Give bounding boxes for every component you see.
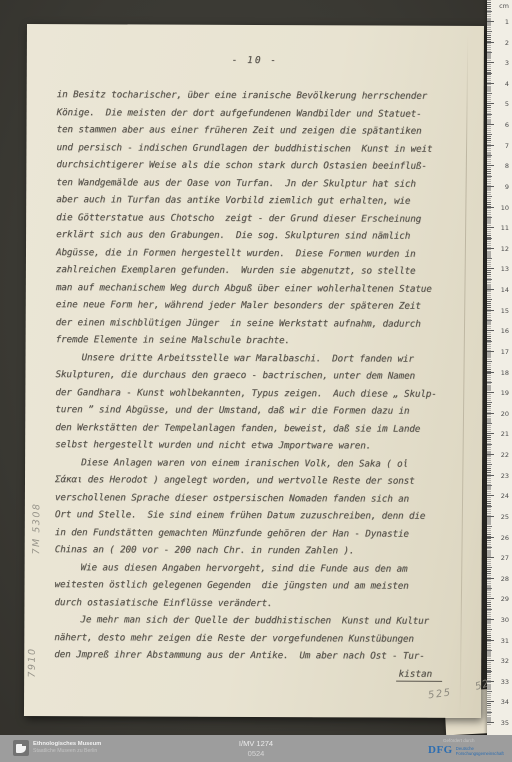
typewritten-line: ten Wandgemälde aus der Oase von Turfan.… [56,174,456,193]
ruler-tick-half [487,444,492,445]
ruler-number: 14 [494,286,509,294]
typewritten-line: Chinas an ( 200 vor - 200 nach Chr. in r… [55,541,455,560]
typewritten-line: turen ” sind Abgüsse, und der Umstand, d… [55,401,455,420]
ruler-tick-half [487,11,492,12]
ruler-number: 1 [494,18,509,26]
typewritten-line: erklärt sich aus den Grabungen. Die sog.… [56,226,456,245]
pencil-foliation-number: 525 [427,687,452,701]
ruler-number: 31 [494,637,509,645]
typewritten-line: verschollenen Sprache dieser ostpersisch… [55,489,455,508]
ruler-tick-half [487,238,492,239]
ruler-number: 21 [494,430,509,438]
ruler-tick-half [487,402,492,403]
typewritten-line: nähert, desto mehr zeigen die Reste der … [54,629,454,648]
ruler-tick-half [487,73,492,74]
ruler-number: 15 [494,307,509,315]
ruler-tick-half [487,217,492,218]
ruler-tick-half [487,567,492,568]
ruler-tick-half [487,279,492,280]
funder-block: Gefördert durch DFG Deutsche Forschungsg… [428,738,504,756]
ruler-tick-cm [487,578,494,579]
typewritten-line: in Besitz tocharischer, über eine iranis… [57,86,457,105]
ruler-tick-cm [487,640,494,641]
ruler-tick-half [487,464,492,465]
typewritten-line: eine neue Form her, während jeder Maler … [56,296,456,315]
ruler-tick-cm [487,310,494,311]
ruler-tick-cm [487,722,494,723]
ruler-tick-cm [487,268,494,269]
typewritten-line: Ort und Stelle. Sie sind einem frühen Da… [55,506,455,525]
ruler-number: 33 [494,678,509,686]
ruler-tick-cm [487,372,494,373]
ruler-tick-half [487,93,492,94]
typewritten-line: fremde Elemente in seine Malschule brach… [56,331,456,350]
typewritten-line: Wie aus diesen Angaben hervorgeht, sind … [55,559,455,578]
ruler-number: 6 [494,121,509,129]
ruler-tick-cm [487,21,494,22]
ruler-tick-cm [487,660,494,661]
ruler-tick-half [487,691,492,692]
ruler-number: 5 [494,100,509,108]
ruler-number: 16 [494,327,509,335]
ruler-tick-half [487,506,492,507]
typewritten-line: der einen mischblütigen Jünger in seine … [56,314,456,333]
manuscript-page: - 10 - in Besitz tocharischer, über eine… [24,24,484,718]
ruler-number: 32 [494,657,509,665]
typewritten-line: in den Fundstätten gemachten Münzfunde g… [55,524,455,543]
catchword: kistan [397,668,443,681]
typewritten-line: Skulpturen, die durchaus den graeco - ba… [55,366,455,385]
ruler-tick-half [487,671,492,672]
ruler-tick-half [487,176,492,177]
page-number: - 10 - [57,54,453,67]
ruler-tick-cm [487,42,494,43]
ruler-tick-cm [487,516,494,517]
ruler-tick-cm [487,248,494,249]
ruler-number: 23 [494,472,509,480]
ruler-number: 11 [494,224,509,232]
typewritten-line: selbst hergestellt wurden und nicht etwa… [55,436,455,455]
ruler-tick-cm [487,392,494,393]
typewritten-line: man auf mechanischem Weg durch Abguß übe… [56,279,456,298]
typewritten-line: Könige. Die meisten der dort aufgefunden… [57,104,457,123]
typewritten-line: aber auch in Turfan das antike Vorbild z… [56,191,456,210]
ruler-tick-half [487,485,492,486]
ruler-tick-cm [487,495,494,496]
ruler-tick-half [487,609,492,610]
ruler-tick-cm [487,330,494,331]
ruler-tick-half [487,423,492,424]
ruler-number: 27 [494,554,509,562]
ruler-tick-half [487,650,492,651]
ruler-number: 26 [494,534,509,542]
ruler-tick-cm [487,598,494,599]
ruler-tick-cm [487,145,494,146]
ruler-number: 34 [494,698,509,706]
ruler-tick-cm [487,351,494,352]
ruler-tick-half [487,526,492,527]
ruler-number: 13 [494,265,509,273]
footer-bar: Ethnologisches Museum Staatliche Museen … [0,735,512,762]
ruler-number: 2 [494,39,509,47]
ruler-tick-half [487,341,492,342]
ruler-tick-cm [487,433,494,434]
ruler-number: 22 [494,451,509,459]
typewritten-line: Je mehr man sich der Quelle der buddhist… [54,611,454,630]
typewritten-line: der Gandhara - Kunst wohlbekannten, Typu… [55,384,455,403]
ruler-tick-half [487,547,492,548]
ruler-number: 29 [494,595,509,603]
typewritten-line: durch ostasiatische Einflüsse verändert. [54,594,454,613]
ruler-number: 30 [494,616,509,624]
ruler-tick-cm [487,681,494,682]
typewritten-line: den Jmpreß ihrer Abstammung aus der Anti… [54,646,454,665]
typewritten-line: und persisch - indischen Grundlagen der … [56,139,456,158]
margin-note-upper: 7M 5308 [27,486,47,570]
typewritten-line: Abgüsse, die in Formen hergestellt wurde… [56,244,456,263]
ruler-tick-half [487,134,492,135]
funder-name-line2: Forschungsgemeinschaft [456,751,504,756]
ruler-tick-cm [487,165,494,166]
ruler-number: 4 [494,80,509,88]
ruler-tick-half [487,258,492,259]
typewritten-text: in Besitz tocharischer, über eine iranis… [54,86,457,665]
typewritten-line: ten stammen aber aus einer früheren Zeit… [57,121,457,140]
typewritten-line: die Götterstatue aus Chotscho zeigt - de… [56,209,456,228]
ruler-tick-half [487,155,492,156]
ruler-number: 19 [494,389,509,397]
ruler-tick-cm [487,83,494,84]
ruler-tick-cm [487,62,494,63]
ruler-tick-half [487,712,492,713]
ruler-unit-label: cm [499,2,509,10]
ruler-tick-half [487,361,492,362]
dfg-logo: DFG [428,745,453,756]
catchword-line: kistan [54,664,454,683]
paper-crease [460,34,469,716]
ruler-tick-cm [487,227,494,228]
margin-note-lower: 7910 [22,620,42,704]
ruler-tick-half [487,196,492,197]
ruler-tick-cm [487,454,494,455]
ruler-tick-cm [487,124,494,125]
ruler-number: 3 [494,59,509,67]
ruler-number: 9 [494,183,509,191]
ruler-tick-cm [487,475,494,476]
ruler-tick-cm [487,207,494,208]
ruler-number: 12 [494,245,509,253]
typewritten-line: Σάκαι des Herodot ) angelegt worden, und… [55,471,455,490]
ruler-number: 7 [494,142,509,150]
ruler-tick-cm [487,701,494,702]
scanned-document-view: - 10 - in Besitz tocharischer, über eine… [0,0,512,762]
ruler-number: 10 [494,204,509,212]
ruler-tick-half [487,31,492,32]
ruler-tick-cm [487,289,494,290]
ruler-number: 20 [494,410,509,418]
ruler-number: 35 [494,719,509,727]
typewritten-line: den Werkstätten der Tempelanlagen fanden… [55,419,455,438]
ruler-tick-half [487,320,492,321]
text-block: in Besitz tocharischer, über eine iranis… [54,86,457,683]
typewritten-line: durchsichtigerer Weise als die schon sta… [56,156,456,175]
ruler-number: 8 [494,162,509,170]
ruler-tick-half [487,382,492,383]
ruler-number: 28 [494,575,509,583]
ruler-number: 18 [494,369,509,377]
ruler-tick-half [487,299,492,300]
typewritten-line: Unsere dritte Arbeitsstelle war Maralbas… [56,349,456,368]
ruler-number: 24 [494,492,509,500]
ruler-tick-cm [487,557,494,558]
typewritten-line: weitesten östlich gelegenen Gegenden die… [55,576,455,595]
ruler-tick-cm [487,186,494,187]
ruler-number: 17 [494,348,509,356]
ruler-tick-half [487,629,492,630]
typewritten-line: zahlreichen Exemplaren gefunden. Wurden … [56,261,456,280]
ruler-tick-half [487,114,492,115]
ruler-number: 25 [494,513,509,521]
ruler-tick-half [487,52,492,53]
ruler: cm 1234567891011121314151617181920212223… [487,0,512,762]
ruler-tick-half [487,588,492,589]
typewritten-line: Diese Anlagen waren von einem iranischen… [55,454,455,473]
ruler-tick-cm [487,413,494,414]
ruler-tick-cm [487,103,494,104]
ruler-tick-cm [487,537,494,538]
ruler-tick-cm [487,619,494,620]
